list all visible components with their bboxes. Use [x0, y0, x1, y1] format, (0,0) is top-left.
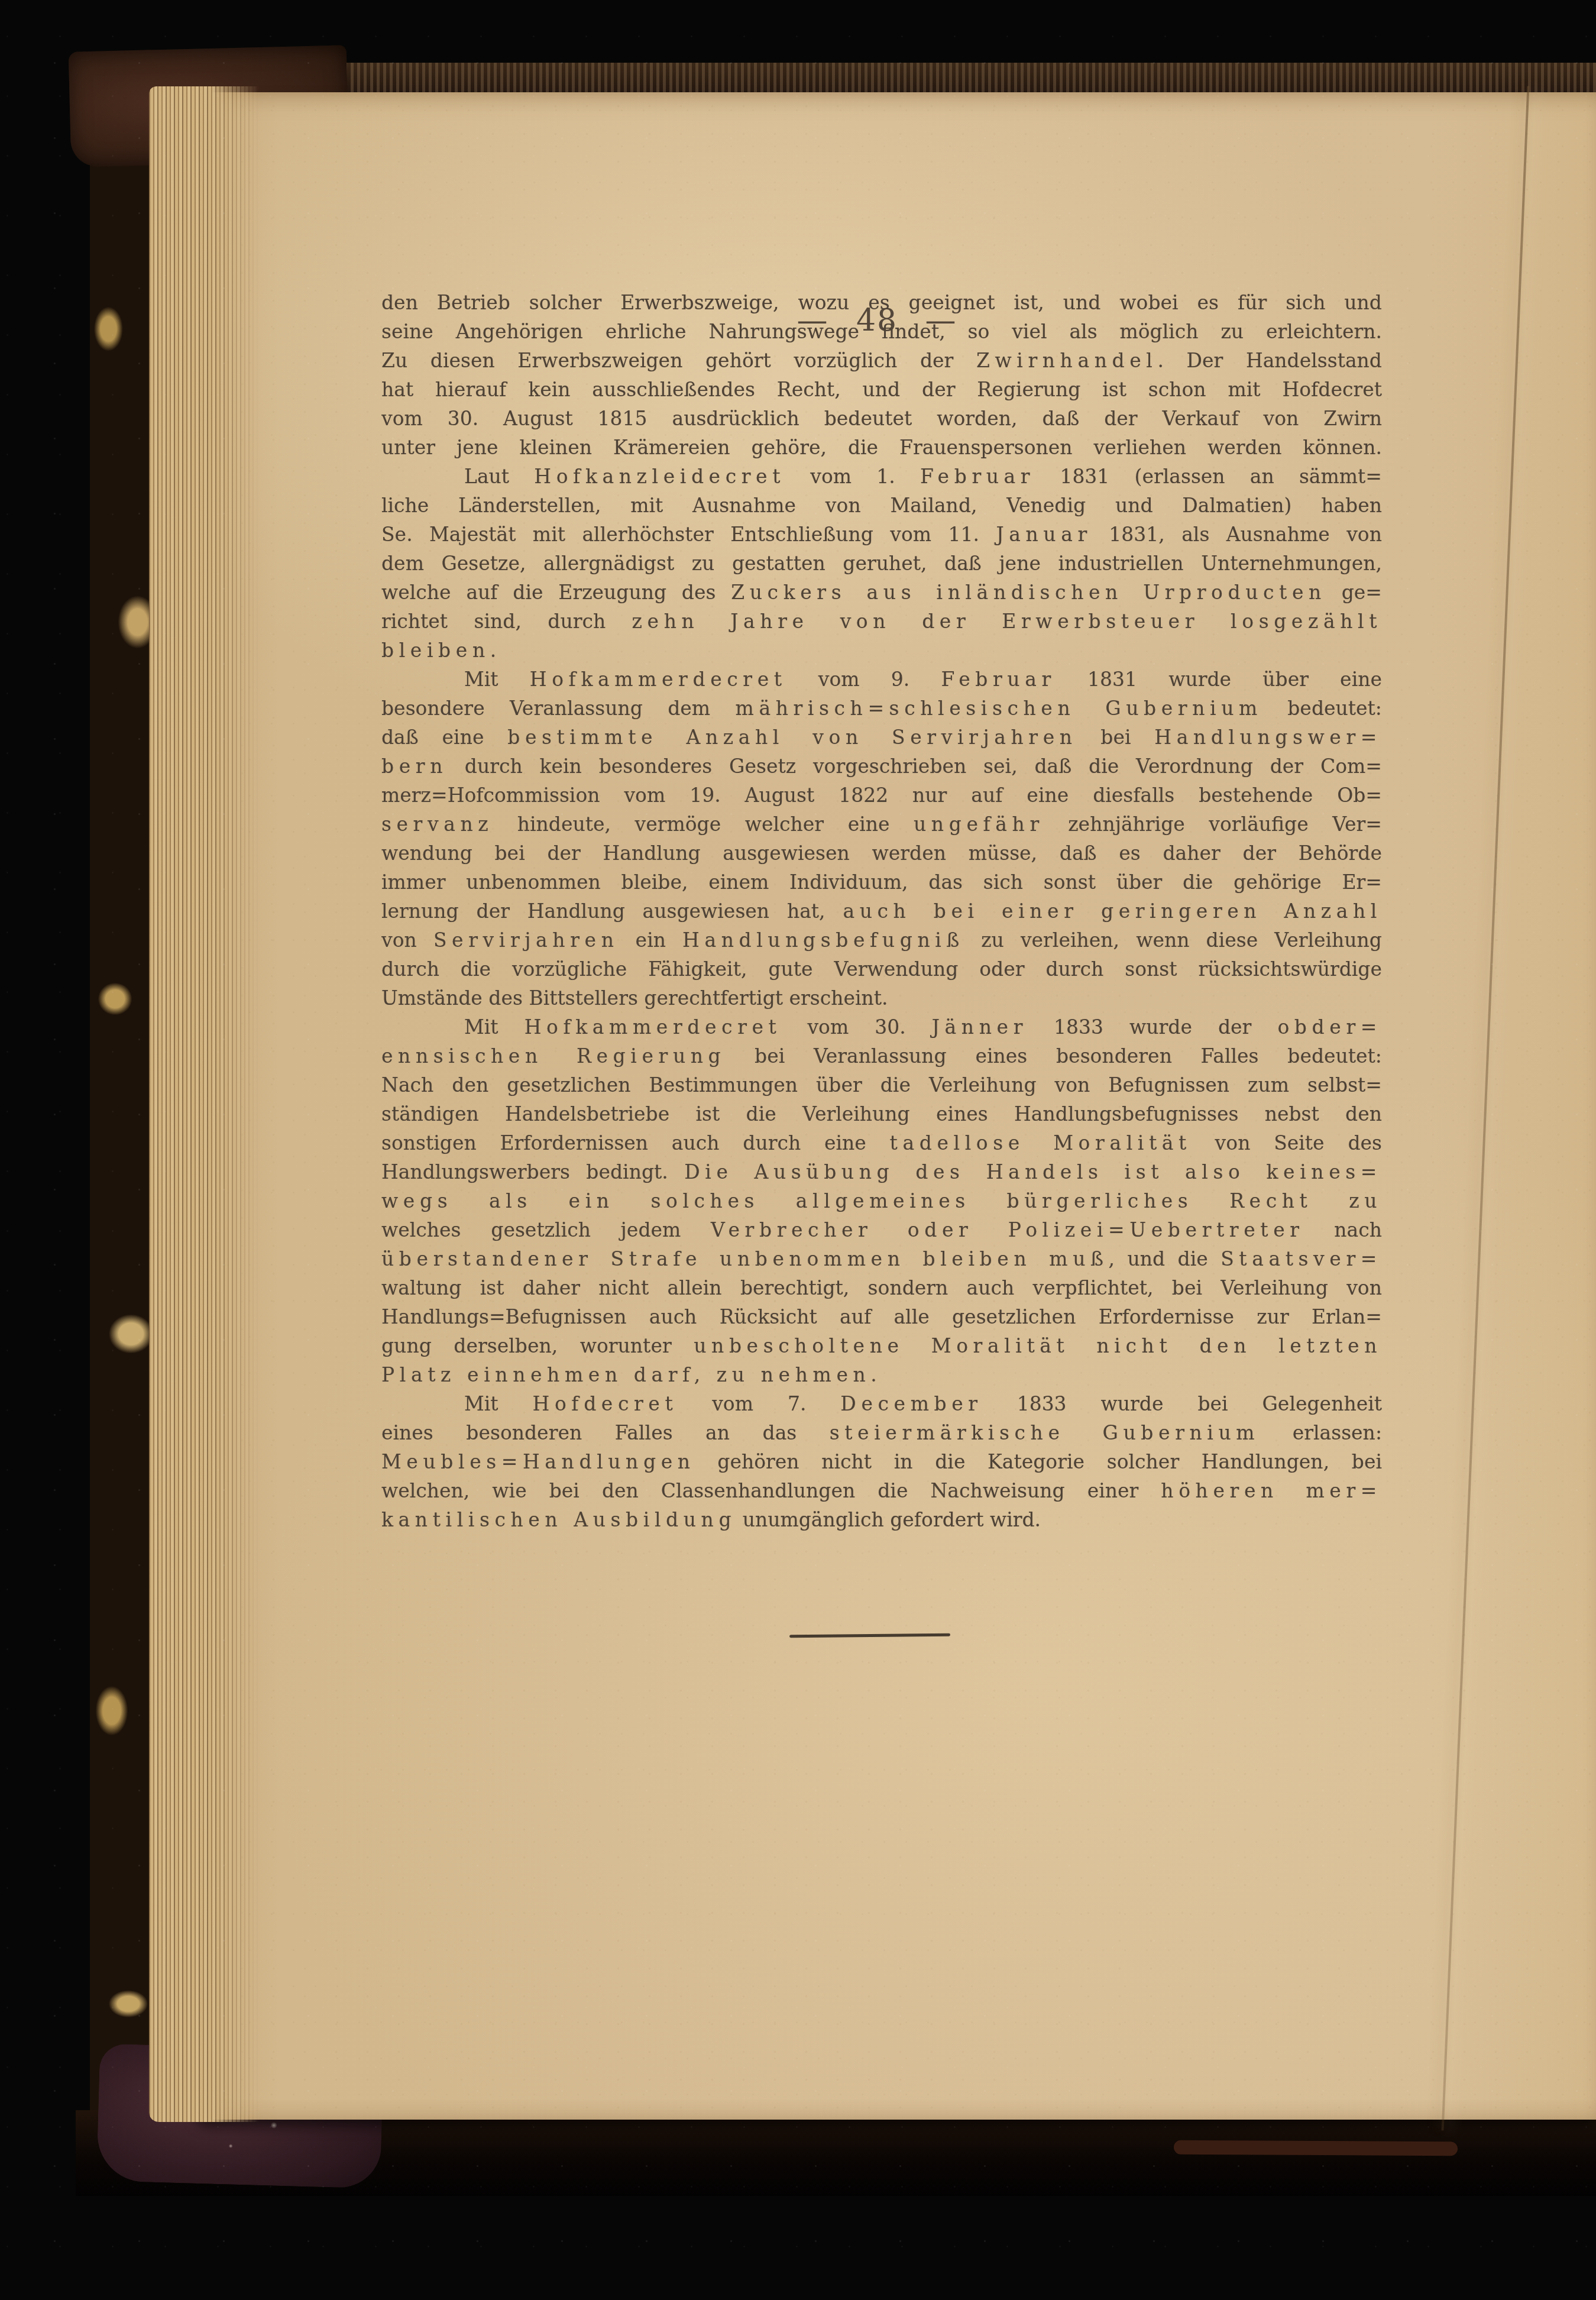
text-line: bleiben.	[381, 636, 1382, 665]
text-line: immer unbenommen bleibe, einem Individuu…	[381, 868, 1382, 897]
text-segment: Zu diesen Erwerbszweigen gehört vorzügli…	[381, 349, 976, 372]
text-line: von Servirjahren ein Handlungsbefugniß z…	[381, 926, 1382, 955]
text-segment: welche auf die Erzeugung des	[381, 581, 731, 604]
letterspaced-text-segment: Hofkammerdecret	[525, 1015, 782, 1039]
text-segment: lernung der Handlung ausgewiesen hat,	[381, 900, 843, 923]
text-segment: vom 9.	[787, 668, 941, 691]
text-segment: vom 30. August 1815 ausdrücklich bedeute…	[381, 407, 1382, 430]
text-segment: , und die	[1109, 1247, 1221, 1270]
text-segment: welches gesetzlich jedem	[381, 1218, 711, 1241]
text-line: welchen, wie bei den Classenhandlungen d…	[381, 1476, 1382, 1505]
text-segment: 1831 wurde über eine	[1056, 668, 1382, 691]
letterspaced-text-segment: Januar	[996, 523, 1092, 546]
paragraph: den Betrieb solcher Erwerbszweige, wozu …	[381, 288, 1382, 462]
letterspaced-text-segment: wegs als ein solches allgemeines bürgerl…	[381, 1189, 1382, 1215]
letterspaced-text-segment: Hofkammerdecret	[530, 668, 787, 691]
text-segment: wendung bei der Handlung ausgewiesen wer…	[381, 842, 1382, 865]
paragraph: Mit Hofkammerdecret vom 9. Februar 1831 …	[381, 665, 1382, 1012]
text-segment: hat hierauf kein ausschließendes Recht, …	[381, 378, 1382, 401]
text-segment: vom 1.	[785, 465, 920, 488]
letterspaced-text-segment: servanz	[381, 813, 493, 836]
text-line: kantilischen Ausbildung unumgänglich gef…	[381, 1505, 1382, 1534]
text-line: hat hierauf kein ausschließendes Recht, …	[381, 375, 1382, 404]
text-line: Handlungswerbers bedingt. Die Ausübung d…	[381, 1157, 1382, 1186]
page-text: den Betrieb solcher Erwerbszweige, wozu …	[381, 288, 1382, 1534]
paragraph: Mit Hofkammerdecret vom 30. Jänner 1833 …	[381, 1012, 1382, 1389]
letterspaced-text-segment: kantilischen Ausbildung	[381, 1508, 736, 1531]
book-page: — 48 — den Betrieb solcher Erwerbszweige…	[195, 92, 1596, 2120]
letterspaced-text-segment: Platz einnehmen darf, zu nehmen	[381, 1363, 870, 1386]
text-line: ennsischen Regierung bei Veranlassung ei…	[381, 1041, 1382, 1070]
text-segment: erlassen:	[1260, 1421, 1382, 1444]
text-segment: zehnjährige vorläufige Ver=	[1044, 813, 1382, 836]
text-line: überstandener Strafe unbenommen bleiben …	[381, 1244, 1382, 1273]
text-segment: gung derselben, worunter	[381, 1334, 694, 1357]
text-segment: ge=	[1326, 581, 1382, 604]
paragraph: Mit Hofdecret vom 7. December 1833 wurde…	[381, 1389, 1382, 1534]
text-segment: merz=Hofcommission vom 19. August 1822 n…	[381, 784, 1382, 807]
letterspaced-text-segment: zehn Jahre von der Erwerbsteuer losgezäh…	[632, 610, 1382, 633]
text-segment: von	[381, 929, 433, 952]
text-line: Zu diesen Erwerbszweigen gehört vorzügli…	[381, 346, 1382, 375]
text-line: Mit Hofkammerdecret vom 9. Februar 1831 …	[381, 665, 1382, 694]
text-segment: eines besonderen Falles an das	[381, 1421, 830, 1444]
text-segment: richtet sind, durch	[381, 610, 632, 633]
letterspaced-text-segment: unbescholtene Moralität nicht den letzte…	[694, 1334, 1382, 1357]
text-segment: immer unbenommen bleibe, einem Individuu…	[381, 871, 1382, 894]
text-segment: bedeutet:	[1262, 697, 1382, 720]
text-segment: zu verleihen, wenn diese Verleihung	[964, 929, 1382, 952]
text-segment: ein	[619, 929, 682, 952]
photo-background: — 48 — den Betrieb solcher Erwerbszweige…	[0, 0, 1596, 2300]
text-line: merz=Hofcommission vom 19. August 1822 n…	[381, 781, 1382, 810]
text-line: ständigen Handelsbetriebe ist die Verlei…	[381, 1099, 1382, 1128]
book-cover-bottom-edge-sliver	[1174, 2140, 1458, 2156]
paragraph: Laut Hofkanzleidecret vom 1. Februar 183…	[381, 462, 1382, 665]
text-segment: 1831, als Ausnahme von	[1092, 523, 1382, 546]
text-segment: 1831 (erlassen an sämmt=	[1035, 465, 1382, 488]
letterspaced-text-segment: Handlungsbefugniß	[682, 929, 964, 952]
text-segment: vom 30.	[781, 1015, 931, 1039]
text-segment: gehören nicht in die Kategorie solcher H…	[695, 1450, 1382, 1473]
letterspaced-text-segment: ungefähr	[914, 813, 1044, 836]
text-line: Mit Hofdecret vom 7. December 1833 wurde…	[381, 1389, 1382, 1418]
text-line: unter jene kleinen Krämereien gehöre, di…	[381, 433, 1382, 462]
letterspaced-text-segment: Staatsver=	[1221, 1247, 1382, 1270]
text-segment: 1833 wurde der	[1028, 1015, 1277, 1039]
letterspaced-text-segment: December	[840, 1392, 982, 1415]
text-segment: . Der Handelsstand	[1157, 349, 1382, 372]
text-segment: dem Gesetze, allergnädigst zu gestatten …	[381, 552, 1382, 575]
text-line: Umstände des Bittstellers gerechtfertigt…	[381, 984, 1382, 1012]
text-line: gung derselben, worunter unbescholtene M…	[381, 1331, 1382, 1360]
text-line: welche auf die Erzeugung des Zuckers aus…	[381, 578, 1382, 607]
text-segment: welchen, wie bei den Classenhandlungen d…	[381, 1479, 1161, 1502]
letterspaced-text-segment: ennsischen Regierung	[381, 1044, 726, 1067]
book-cover-left-marbled-edge	[90, 57, 156, 2150]
text-line: den Betrieb solcher Erwerbszweige, wozu …	[381, 288, 1382, 317]
text-segment: bei Veranlassung eines besonderen Falles…	[726, 1044, 1382, 1067]
text-line: bern durch kein besonderes Gesetz vorges…	[381, 752, 1382, 781]
text-line: Meubles=Handlungen gehören nicht in die …	[381, 1447, 1382, 1476]
text-segment: durch kein besonderes Gesetz vorgeschrie…	[448, 755, 1382, 778]
text-segment: Mit	[464, 1392, 533, 1415]
text-line: seine Angehörigen ehrliche Nahrungswege …	[381, 317, 1382, 346]
text-line: besondere Veranlassung dem mährisch=schl…	[381, 694, 1382, 723]
letterspaced-text-segment: Februar	[920, 465, 1035, 488]
text-line: eines besonderen Falles an das steiermär…	[381, 1418, 1382, 1447]
text-segment: Mit	[464, 668, 530, 691]
letterspaced-text-segment: Zuckers aus inländischen Urproducten	[731, 581, 1326, 604]
text-segment: Nach den gesetzlichen Bestimmungen über …	[381, 1073, 1382, 1096]
letterspaced-text-segment: Meubles=Handlungen	[381, 1450, 695, 1473]
text-line: Se. Majestät mit allerhöchster Entschlie…	[381, 520, 1382, 549]
text-line: Handlungs=Befugnissen auch Rücksicht auf…	[381, 1302, 1382, 1331]
text-segment: durch die vorzügliche Fähigkeit, gute Ve…	[381, 957, 1382, 981]
letterspaced-text-segment: Die Ausübung des Handels ist also keines…	[684, 1160, 1382, 1183]
text-segment: Handlungswerbers bedingt.	[381, 1160, 684, 1183]
letterspaced-text-segment: Zwirnhandel	[976, 349, 1158, 372]
letterspaced-text-segment: höheren mer=	[1161, 1479, 1382, 1502]
text-segment: hindeute, vermöge welcher eine	[493, 813, 914, 836]
text-line: wendung bei der Handlung ausgewiesen wer…	[381, 839, 1382, 868]
letterspaced-text-segment: mährisch=schlesischen Gubernium	[736, 697, 1262, 720]
letterspaced-text-segment: Jänner	[932, 1015, 1028, 1039]
text-segment: liche Länderstellen, mit Ausnahme von Ma…	[381, 494, 1382, 517]
text-segment: vom 7.	[678, 1392, 840, 1415]
text-segment: besondere Veranlassung dem	[381, 697, 736, 720]
text-segment: ständigen Handelsbetriebe ist die Verlei…	[381, 1102, 1382, 1125]
letterspaced-text-segment: Februar	[941, 668, 1056, 691]
letterspaced-text-segment: bern	[381, 755, 448, 778]
text-line: Mit Hofkammerdecret vom 30. Jänner 1833 …	[381, 1012, 1382, 1041]
letterspaced-text-segment: bestimmte Anzahl von Servirjahren	[507, 726, 1077, 749]
letterspaced-text-segment: tadellose Moralität	[890, 1131, 1192, 1154]
text-line: daß eine bestimmte Anzahl von Servirjahr…	[381, 723, 1382, 752]
text-line: richtet sind, durch zehn Jahre von der E…	[381, 607, 1382, 636]
text-segment: Se. Majestät mit allerhöchster Entschlie…	[381, 523, 996, 546]
letterspaced-text-segment: überstandener Strafe unbenommen bleiben …	[381, 1247, 1109, 1270]
text-segment: 1833 wurde bei Gelegenheit	[983, 1392, 1382, 1415]
letterspaced-text-segment: Servirjahren	[433, 929, 619, 952]
text-line: Laut Hofkanzleidecret vom 1. Februar 183…	[381, 462, 1382, 491]
text-segment: den Betrieb solcher Erwerbszweige, wozu …	[381, 291, 1382, 314]
text-segment: Umstände des Bittstellers gerechtfertigt…	[381, 986, 888, 1010]
text-line: waltung ist daher nicht allein berechtig…	[381, 1273, 1382, 1302]
text-segment: waltung ist daher nicht allein berechtig…	[381, 1276, 1382, 1299]
letterspaced-text-segment: steiermärkische Gubernium	[830, 1421, 1260, 1444]
text-segment: Laut	[464, 465, 534, 488]
letterspaced-text-segment: Handlungswer=	[1154, 726, 1382, 749]
text-segment: Handlungs=Befugnissen auch Rücksicht auf…	[381, 1305, 1382, 1328]
text-line: dem Gesetze, allergnädigst zu gestatten …	[381, 549, 1382, 578]
text-segment: nach	[1304, 1218, 1382, 1241]
text-segment: bei	[1077, 726, 1155, 749]
text-line: liche Länderstellen, mit Ausnahme von Ma…	[381, 491, 1382, 520]
text-line: vom 30. August 1815 ausdrücklich bedeute…	[381, 404, 1382, 433]
text-segment: von Seite des	[1192, 1131, 1382, 1154]
text-line: welches gesetzlich jedem Verbrecher oder…	[381, 1215, 1382, 1244]
text-segment: sonstigen Erfordernissen auch durch eine	[381, 1131, 890, 1154]
text-line: durch die vorzügliche Fähigkeit, gute Ve…	[381, 955, 1382, 984]
section-divider-rule	[789, 1633, 950, 1638]
text-segment: Mit	[464, 1015, 525, 1039]
text-line: Nach den gesetzlichen Bestimmungen über …	[381, 1070, 1382, 1099]
letterspaced-text-segment: Hofkanzleidecret	[534, 465, 785, 488]
letterspaced-text-segment: Verbrecher oder Polizei=Uebertreter	[711, 1218, 1304, 1241]
page-stack-edges	[149, 86, 263, 2122]
page-fold-crease	[1442, 86, 1530, 2130]
letterspaced-text-segment: obder=	[1277, 1015, 1382, 1039]
text-segment: seine Angehörigen ehrliche Nahrungswege …	[381, 320, 1382, 343]
letterspaced-text-segment: bleiben	[381, 639, 490, 662]
text-line: servanz hindeute, vermöge welcher eine u…	[381, 810, 1382, 839]
text-line: Platz einnehmen darf, zu nehmen.	[381, 1360, 1382, 1389]
text-segment: daß eine	[381, 726, 507, 749]
text-segment: unumgänglich gefordert wird.	[736, 1508, 1041, 1531]
text-line: lernung der Handlung ausgewiesen hat, au…	[381, 897, 1382, 926]
text-segment: unter jene kleinen Krämereien gehöre, di…	[381, 436, 1382, 459]
text-segment: .	[870, 1363, 877, 1386]
text-line: wegs als ein solches allgemeines bürgerl…	[381, 1186, 1382, 1215]
text-segment: .	[490, 639, 497, 662]
letterspaced-text-segment: Hofdecret	[533, 1392, 678, 1415]
letterspaced-text-segment: auch bei einer geringeren Anzahl	[843, 900, 1382, 923]
text-line: sonstigen Erfordernissen auch durch eine…	[381, 1128, 1382, 1157]
